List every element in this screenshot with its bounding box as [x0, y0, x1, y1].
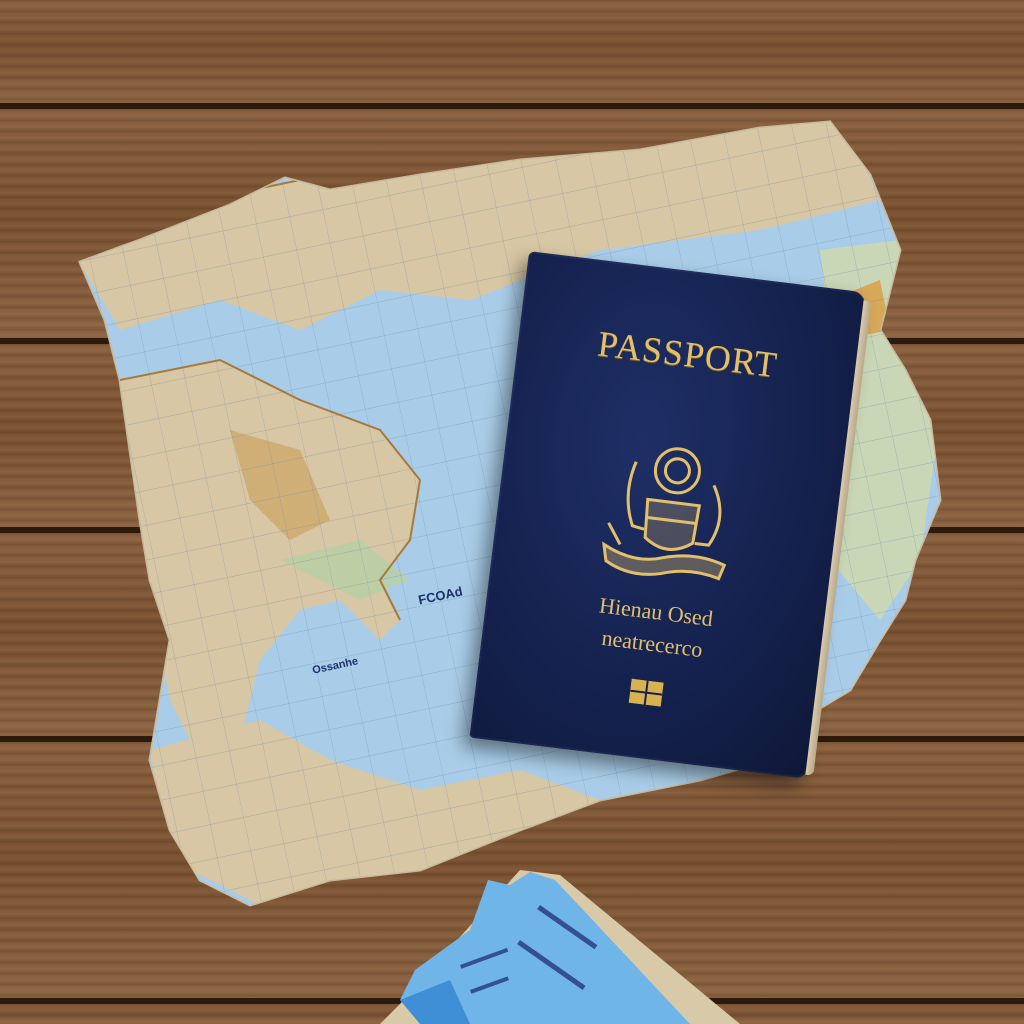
boarding-pass-icon: [0, 0, 1024, 1024]
photo-scene: FCOAd Ossanhe PASSPORT Hienau Osed neatr…: [0, 0, 1024, 1024]
